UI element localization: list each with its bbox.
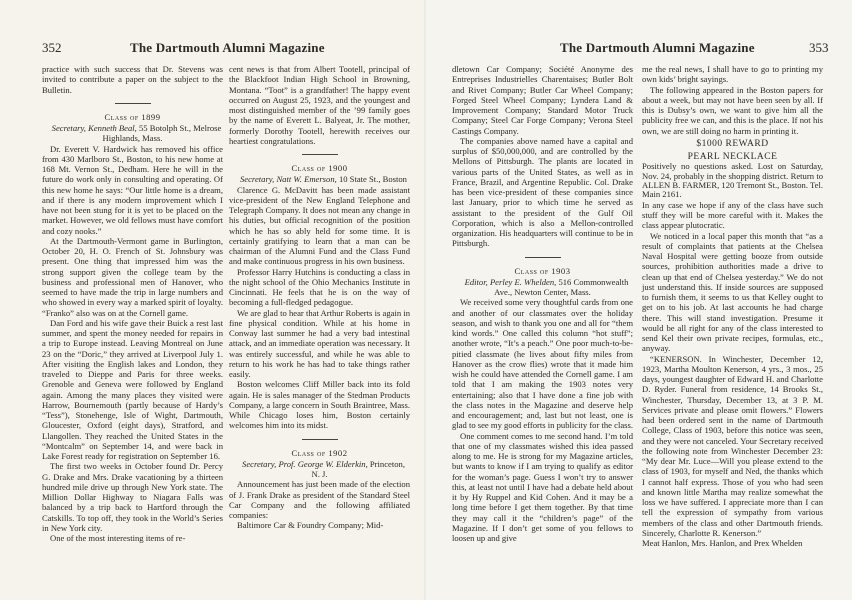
secretary-name: Kenneth Beal, — [88, 123, 137, 133]
class-heading: Class of 1900 — [229, 163, 410, 173]
reward-notice-body: Positively no questions asked. Lost on S… — [642, 162, 823, 200]
right-page: The Dartmouth Alumni Magazine 353 dletow… — [426, 0, 852, 600]
page-number: 352 — [42, 40, 62, 56]
paragraph: Baltimore Car & Foundry Company; Mid- — [229, 520, 410, 530]
reward-notice-title: $1000 REWARD — [642, 139, 823, 149]
running-head: The Dartmouth Alumni Magazine — [130, 40, 325, 56]
editor-role: Editor, — [465, 277, 488, 287]
class-heading: Class of 1902 — [229, 448, 410, 458]
paragraph: “KENERSON. In Winchester, December 12, 1… — [642, 354, 823, 539]
paragraph: Dr. Everett V. Hardwick has removed his … — [42, 144, 223, 236]
paragraph: We noticed in a local paper this month t… — [642, 231, 823, 354]
right-page-column-2: me the real news, I shall have to go to … — [642, 64, 823, 548]
paragraph: The first two weeks in October found Dr.… — [42, 461, 223, 533]
magazine-spread: 352 The Dartmouth Alumni Magazine practi… — [0, 0, 852, 600]
paragraph: Announcement has just been made of the e… — [229, 479, 410, 520]
paragraph: cent news is that from Albert Tootell, p… — [229, 64, 410, 146]
paragraph: We received some very thoughtful cards f… — [452, 297, 633, 430]
left-page: 352 The Dartmouth Alumni Magazine practi… — [0, 0, 426, 600]
secretary-role: Secretary, — [52, 123, 86, 133]
paragraph: One of the most interesting items of re- — [42, 533, 223, 543]
paragraph: Clarence G. McDavitt has been made assis… — [229, 185, 410, 267]
paragraph: Meat Hanlon, Mrs. Hanlon, and Prex Wheld… — [642, 538, 823, 548]
editor-name: Perley E. Whelden, — [490, 277, 556, 287]
paragraph: Boston welcomes Cliff Miller back into i… — [229, 379, 410, 430]
page-number: 353 — [809, 40, 829, 56]
paragraph: One comment comes to me second hand. I’m… — [452, 431, 633, 544]
paragraph: practice with such success that Dr. Stev… — [42, 64, 223, 95]
paragraph: Dan Ford and his wife gave their Buick a… — [42, 318, 223, 462]
left-page-column-2: cent news is that from Albert Tootell, p… — [229, 64, 410, 531]
secretary-line: Secretary, Natt W. Emerson, 10 State St.… — [229, 174, 410, 184]
secretary-address: 10 State St., Boston — [339, 174, 407, 184]
paragraph: me the real news, I shall have to go to … — [642, 64, 823, 85]
secretary-line: Secretary, Kenneth Beal, 55 Botolph St.,… — [42, 123, 223, 144]
paragraph: Professor Harry Hutchins is conducting a… — [229, 267, 410, 308]
paragraph: We are glad to hear that Arthur Roberts … — [229, 308, 410, 380]
class-heading: Class of 1899 — [42, 112, 223, 122]
section-divider — [302, 154, 338, 155]
class-heading: Class of 1903 — [452, 266, 633, 276]
secretary-name: Natt W. Emerson, — [276, 174, 336, 184]
editor-line: Editor, Perley E. Whelden, 516 Commonwea… — [452, 277, 633, 298]
secretary-line: Secretary, Prof. George W. Elderkin, Pri… — [229, 459, 410, 480]
section-divider — [302, 439, 338, 440]
paragraph: In any case we hope if any of the class … — [642, 200, 823, 231]
section-divider — [525, 257, 561, 258]
secretary-role: Secretary, — [242, 459, 276, 469]
paragraph: The companies above named have a capital… — [452, 136, 633, 249]
secretary-role: Secretary, — [240, 174, 274, 184]
left-page-column-1: practice with such success that Dr. Stev… — [42, 64, 223, 543]
paragraph: dletown Car Company; Société Anonyme des… — [452, 64, 633, 136]
section-divider — [115, 103, 151, 104]
right-page-column-1: dletown Car Company; Société Anonyme des… — [452, 64, 633, 543]
paragraph: At the Dartmouth-Vermont game in Burling… — [42, 236, 223, 318]
paragraph: The following appeared in the Boston pap… — [642, 85, 823, 136]
running-head: The Dartmouth Alumni Magazine — [560, 40, 755, 56]
secretary-name: Prof. George W. Elderkin, — [278, 459, 367, 469]
